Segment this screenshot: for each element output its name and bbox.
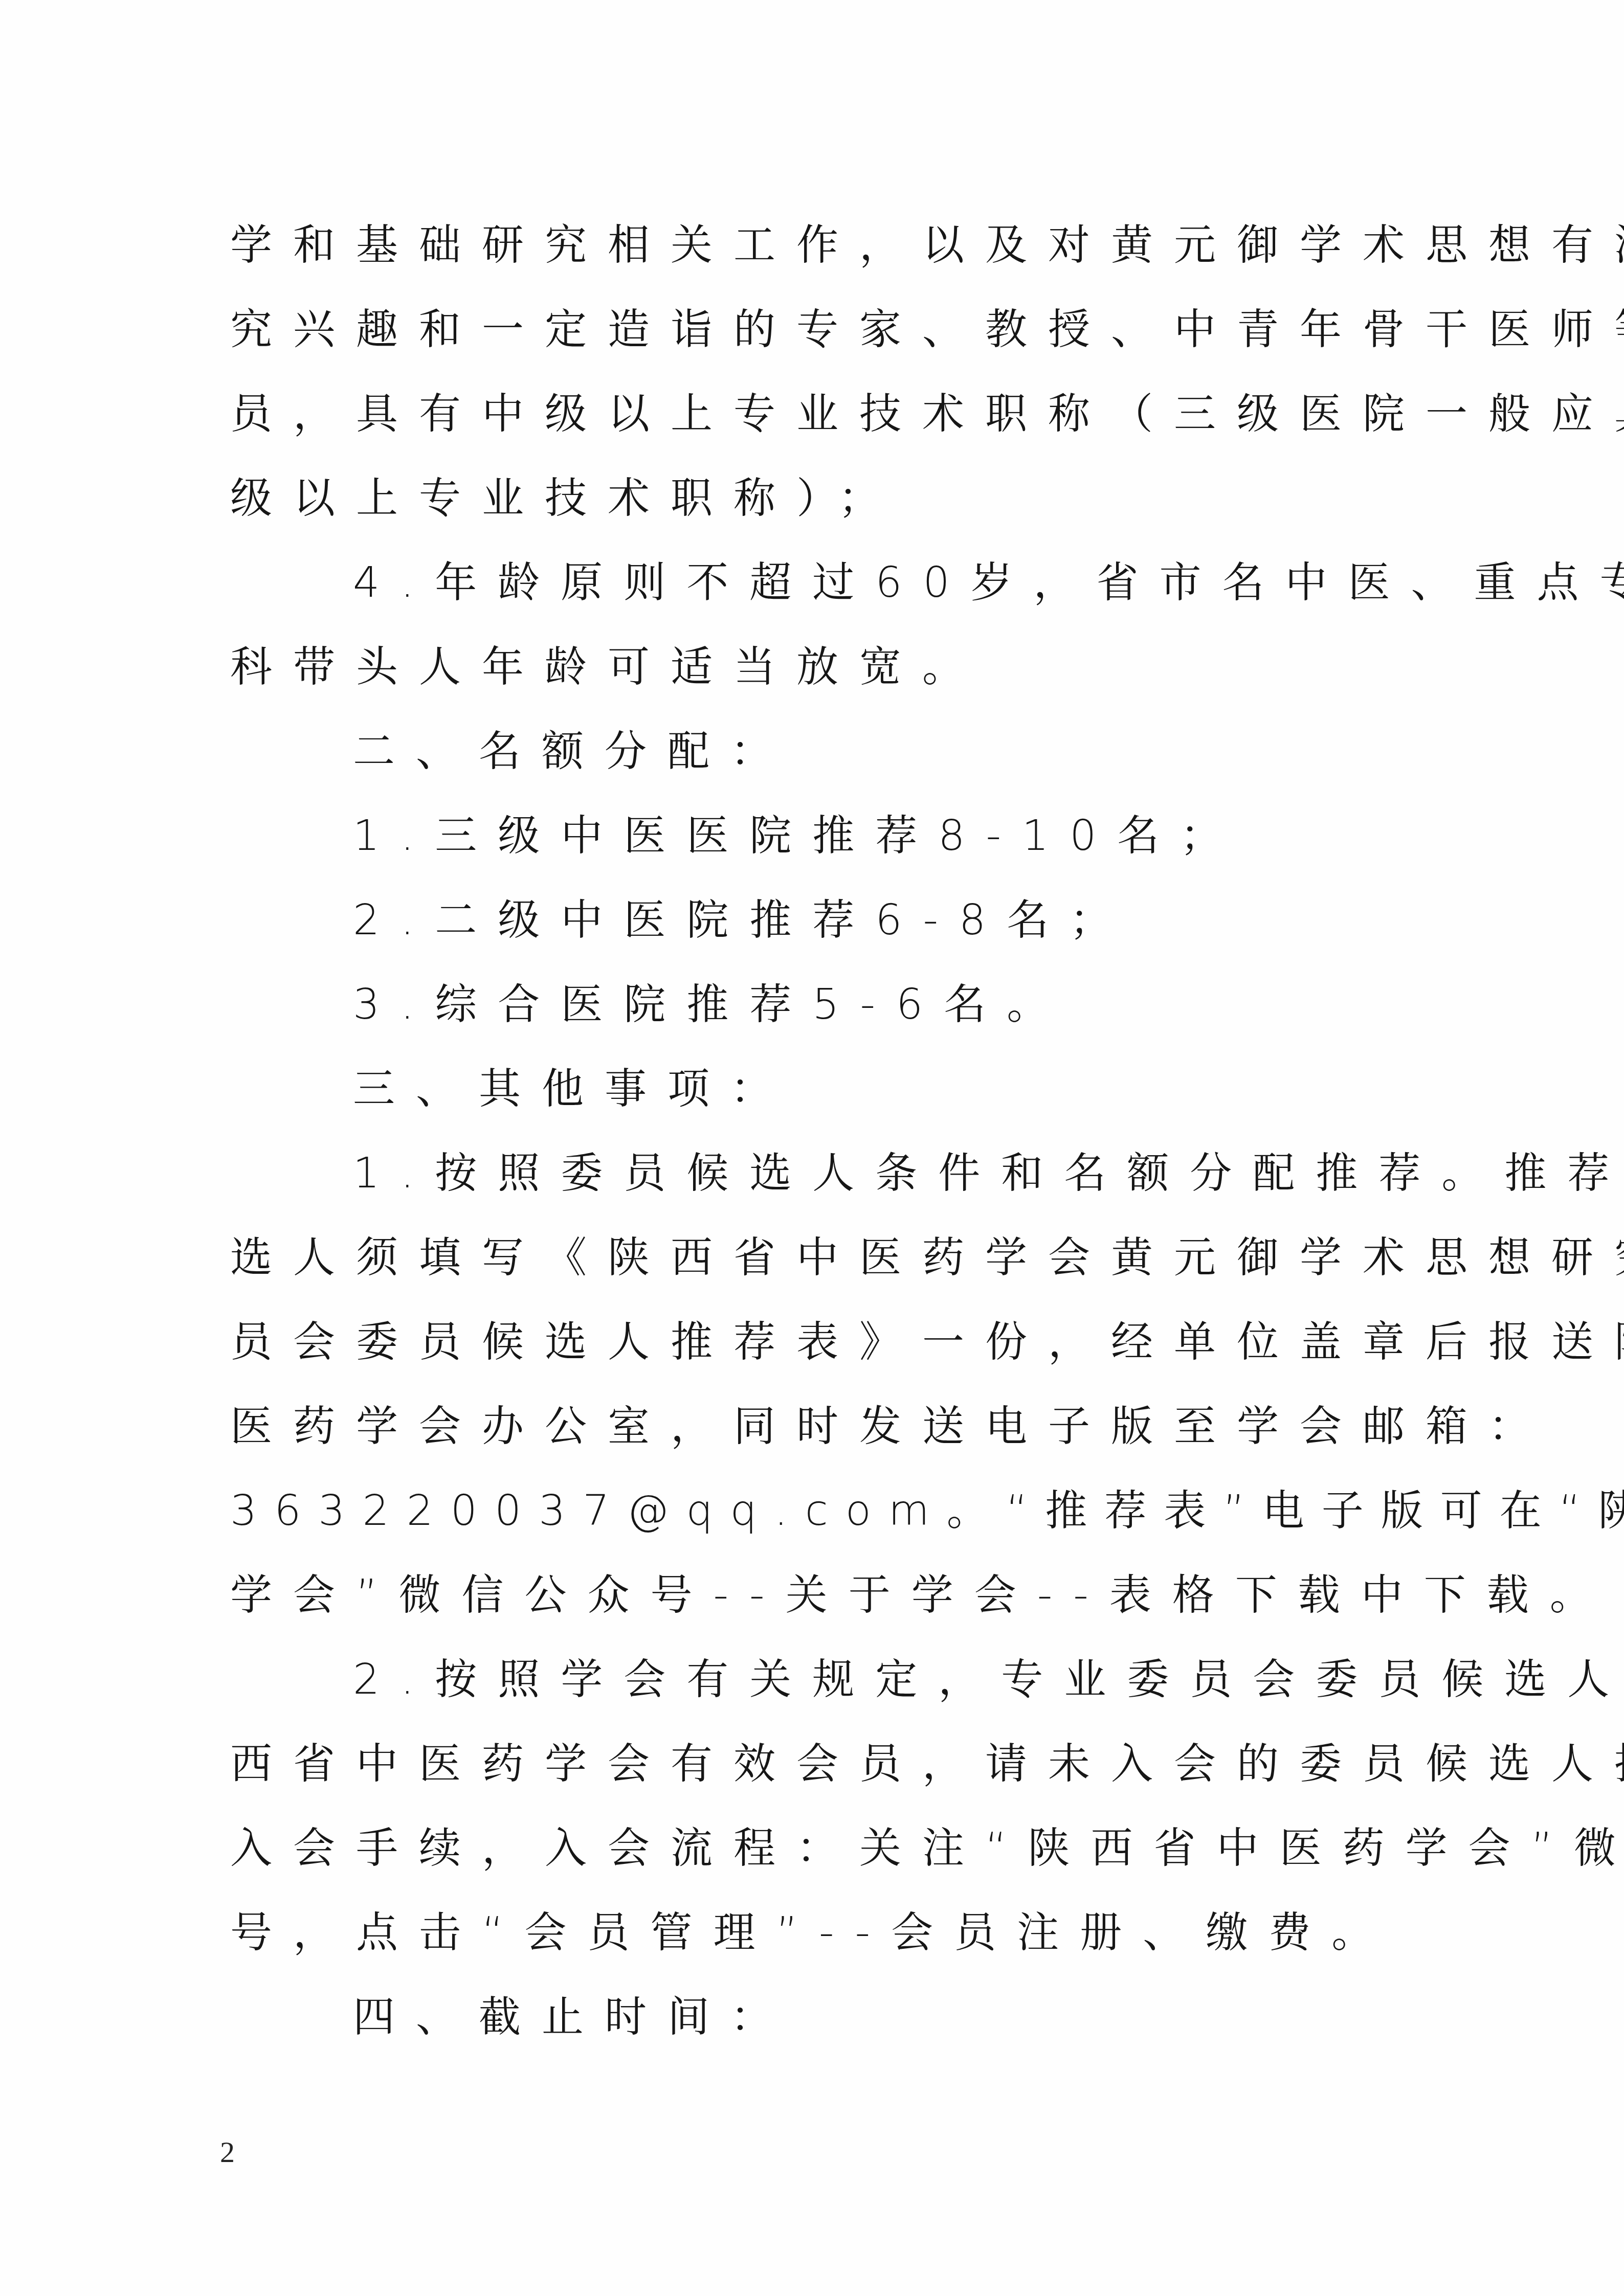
page-number: 2 [220,2135,235,2169]
paragraph-line-email: 363220037@qq.com。“推荐表”电子版可在“陕西省中医药 [230,1483,1366,1567]
paragraph-line: 员，具有中级以上专业技术职称（三级医院一般应具有副高 [230,386,1366,470]
section-heading-deadline: 四、截止时间： [230,1989,1366,2074]
paragraph-line: 究兴趣和一定造诣的专家、教授、中青年骨干医师等专业人 [230,302,1366,386]
section-heading-quota: 二、名额分配： [230,724,1366,808]
paragraph-line-membership: 2.按照学会有关规定，专业委员会委员候选人必须是陕 [230,1652,1366,1736]
paragraph-line: 员会委员候选人推荐表》一份，经单位盖章后报送陕西省中 [230,1314,1366,1399]
quota-item-general: 3.综合医院推荐5-6名。 [230,977,1366,1061]
paragraph-line-age-limit: 4.年龄原则不超过60岁，省市名中医、重点专科、学 [230,555,1366,639]
paragraph-line: 入会手续，入会流程：关注“陕西省中医药学会”微信公众 [230,1820,1366,1905]
quota-item-tier2: 2.二级中医院推荐6-8名； [230,892,1366,977]
paragraph-line: 学和基础研究相关工作，以及对黄元御学术思想有浓厚研 [230,217,1366,302]
body-text: 学和基础研究相关工作，以及对黄元御学术思想有浓厚研 究兴趣和一定造诣的专家、教授… [230,217,1366,2074]
paragraph-line: 选人须填写《陕西省中医药学会黄元御学术思想研究专业委 [230,1230,1366,1314]
paragraph-line-recommend: 1.按照委员候选人条件和名额分配推荐。推荐的委员候 [230,1145,1366,1230]
paragraph-line: 西省中医药学会有效会员，请未入会的委员候选人提前办理 [230,1736,1366,1820]
section-heading-other: 三、其他事项： [230,1061,1366,1145]
paragraph-line: 学会”微信公众号--关于学会--表格下载中下载。 [230,1567,1366,1652]
paragraph-line: 科带头人年龄可适当放宽。 [230,639,1366,724]
paragraph-line: 级以上专业技术职称）； [230,470,1366,555]
document-page: 学和基础研究相关工作，以及对黄元御学术思想有浓厚研 究兴趣和一定造诣的专家、教授… [0,0,1624,2296]
quota-item-tier3: 1.三级中医医院推荐8-10名； [230,808,1366,892]
paragraph-line: 医药学会办公室，同时发送电子版至学会邮箱： [230,1399,1366,1483]
paragraph-line: 号，点击“会员管理”--会员注册、缴费。 [230,1905,1366,1989]
